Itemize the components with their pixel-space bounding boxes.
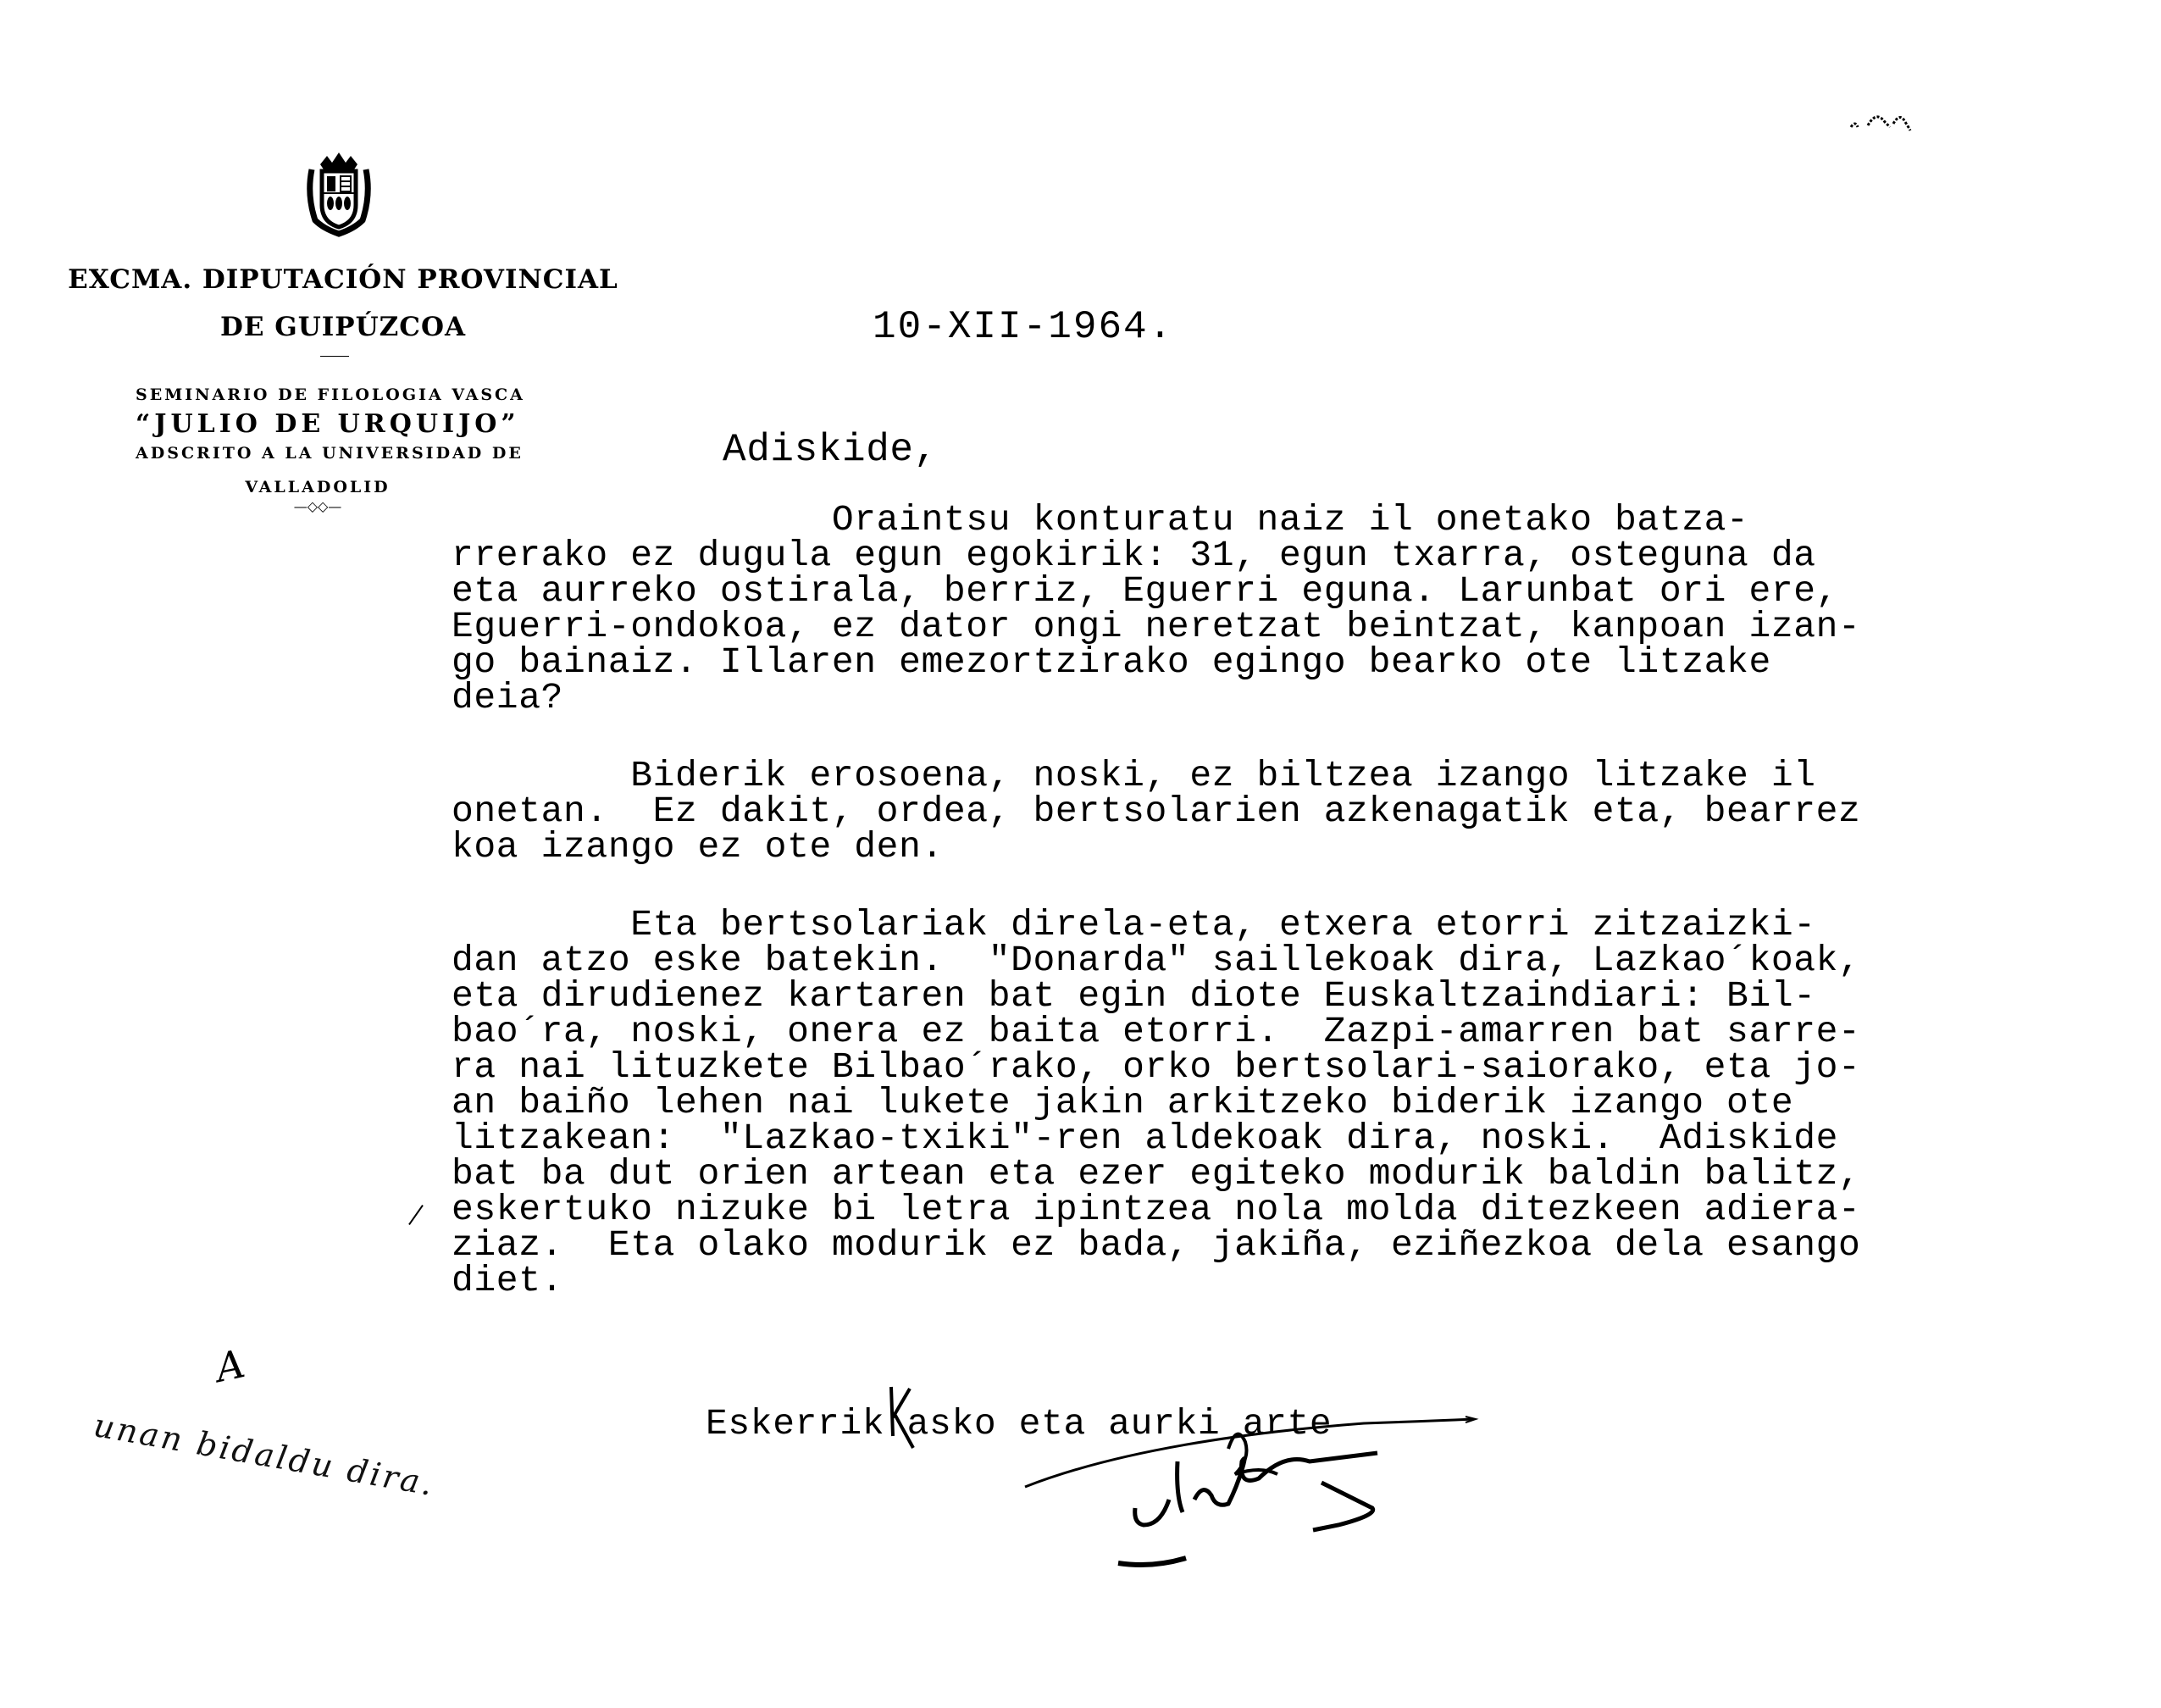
body-line: Eguerri-ondokoa, ez dator ongi neretzat … — [452, 609, 2112, 645]
salutation: Adiskide, — [723, 432, 938, 468]
letter-body: Oraintsu konturatu naiz il onetako batza… — [452, 502, 2112, 1299]
signature-icon — [889, 1398, 1652, 1618]
ornament: —◇◇— — [136, 498, 500, 514]
paragraph-1: Oraintsu konturatu naiz il onetako batza… — [452, 502, 2112, 716]
body-line: rrerako ez dugula egun egokirik: 31, egu… — [452, 538, 2112, 574]
margin-note-mark: A — [212, 1340, 249, 1391]
body-line: ziaz. Eta olako modurik ez bada, jakiña,… — [452, 1228, 2112, 1263]
seminar-line3: ADSCRITO A LA UNIVERSIDAD DE — [136, 444, 500, 463]
body-line: eta dirudienez kartaren bat egin diote E… — [452, 979, 2112, 1014]
paragraph-3: Eta bertsolariak direla-eta, etxera etor… — [452, 907, 2112, 1299]
margin-note-text: unan bidaldu dira. — [91, 1406, 437, 1503]
corner-mark-icon — [1847, 102, 1931, 144]
seminar-block: SEMINARIO DE FILOLOGIA VASCA “JULIO DE U… — [136, 385, 500, 514]
letterhead-line2: DE GUIPÚZCOA — [51, 312, 635, 342]
body-line: go bainaiz. Illaren emezortzirako egingo… — [452, 645, 2112, 680]
body-line: onetan. Ez dakit, ordea, bertsolarien az… — [452, 794, 2112, 829]
body-line: bao´ra, noski, onera ez baita etorri. Za… — [452, 1014, 2112, 1050]
coat-of-arms-icon — [296, 152, 381, 241]
body-line: dan atzo eske batekin. "Donarda" saillek… — [452, 943, 2112, 979]
body-line: an baiño lehen nai lukete jakin arkitzek… — [452, 1085, 2112, 1121]
seminar-line4: VALLADOLID — [136, 478, 500, 496]
body-line: koa izango ez ote den. — [452, 829, 2112, 865]
body-line: deia? — [452, 680, 2112, 716]
body-line: eta aurreko ostirala, berriz, Eguerri eg… — [452, 574, 2112, 609]
body-line: ra nai lituzkete Bilbao´rako, orko berts… — [452, 1050, 2112, 1085]
body-line: diet. — [452, 1263, 2112, 1299]
letterhead-line1: EXCMA. DIPUTACIÓN PROVINCIAL — [51, 264, 635, 295]
seminar-line1: SEMINARIO DE FILOLOGIA VASCA — [136, 385, 500, 404]
body-line: bat ba dut orien artean eta ezer egiteko… — [452, 1156, 2112, 1192]
margin-tick — [408, 1205, 424, 1225]
seminar-line2: “JULIO DE URQUIJO” — [136, 409, 500, 439]
paragraph-2: Biderik erosoena, noski, ez biltzea izan… — [452, 758, 2112, 865]
body-line: Eta bertsolariak direla-eta, etxera etor… — [452, 907, 2112, 943]
body-line: Oraintsu konturatu naiz il onetako batza… — [452, 502, 2112, 538]
body-line: litzakean: "Lazkao-txiki"-ren aldekoak d… — [452, 1121, 2112, 1156]
body-line: Biderik erosoena, noski, ez biltzea izan… — [452, 758, 2112, 794]
letterhead-divider — [320, 356, 349, 357]
letter-date: 10-XII-1964. — [873, 305, 1173, 349]
body-line: eskertuko nizuke bi letra ipintzea nola … — [452, 1192, 2112, 1228]
